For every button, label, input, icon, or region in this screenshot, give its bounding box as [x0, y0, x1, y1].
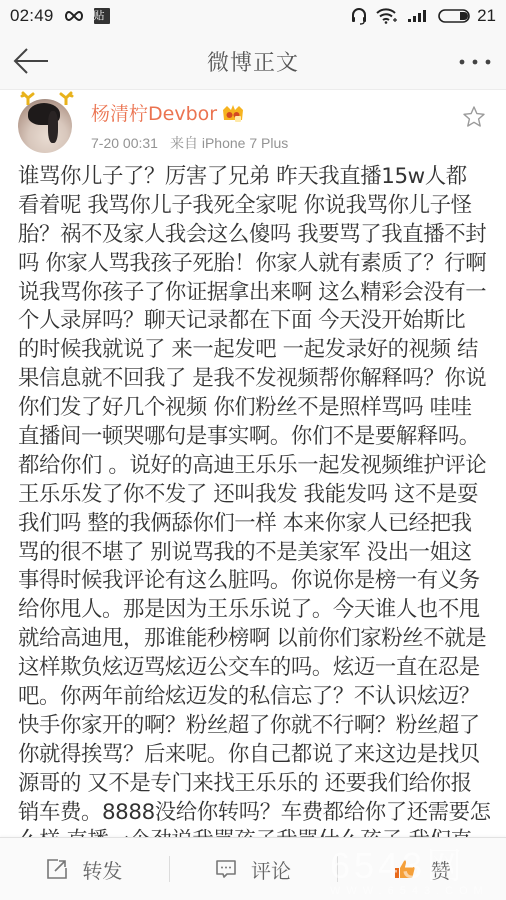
post-content: 谁骂你儿子了？厉害了兄弟 昨天我直播15w人都 看着呢 我骂你儿子我死全家呢 你… — [18, 163, 498, 856]
crown-vip-icon — [221, 103, 245, 123]
battery-icon — [438, 8, 472, 24]
post-line: 果信息就不回我了 是我不发视频帮你解释吗？你说 — [18, 365, 498, 394]
post-line: 都给你们 。说好的高迪王乐乐一起发视频维护评论 — [18, 452, 498, 481]
more-button[interactable] — [458, 54, 492, 68]
post-line: 看着呢 我骂你儿子我死全家呢 你说我骂你儿子怪 — [18, 192, 498, 221]
status-right: 21 — [351, 6, 496, 26]
post-line: 这样欺负炫迈骂炫迈公交车的吗。炫迈一直在忍是 — [18, 654, 498, 683]
wifi-icon — [376, 8, 398, 24]
status-left: 02:49 贴 — [10, 6, 110, 26]
post-line: 事得时候我评论有这么脏吗。你说你是榜一有义务 — [18, 567, 498, 596]
post-line: 王乐乐发了你不发了 还叫我发 我能发吗 这不是耍 — [18, 481, 498, 510]
post-line: 吧。你两年前给炫迈发的私信忘了？不认识炫迈？ — [18, 683, 498, 712]
star-outline-icon — [462, 105, 486, 129]
battery-level: 21 — [477, 6, 496, 26]
thumbs-up-icon — [393, 858, 417, 880]
post-line: 胎？祸不及家人我会这么傻吗 我要骂了我直播不封 — [18, 221, 498, 250]
bottom-action-bar: 转发 评论 赞 — [0, 837, 506, 900]
post-line: 给你甩人。那是因为王乐乐说了。今天谁人也不甩 — [18, 596, 498, 625]
comment-label: 评论 — [251, 855, 291, 884]
infinity-icon — [63, 10, 85, 22]
post-line: 谁骂你儿子了？厉害了兄弟 昨天我直播15w人都 — [18, 163, 498, 192]
comment-button[interactable]: 评论 — [169, 838, 338, 900]
repost-label: 转发 — [82, 855, 122, 884]
favorite-button[interactable] — [462, 105, 486, 129]
headset-icon — [351, 7, 367, 25]
page-title: 微博正文 — [0, 46, 506, 77]
post-line: 你就得挨骂？后来呢。你自己都说了来这边是找贝 — [18, 741, 498, 770]
avatar[interactable] — [16, 93, 74, 151]
post-line: 说我骂你孩子了你证据拿出来啊 这么精彩会没有一 — [18, 279, 498, 308]
post-line: 源哥的 又不是专门来找王乐乐的 还要我们给你报 — [18, 770, 498, 799]
like-button[interactable]: 赞 — [337, 838, 506, 900]
comment-icon — [215, 858, 237, 880]
status-bar: 02:49 贴 21 — [0, 0, 506, 32]
antler-decoration-icon — [58, 91, 74, 105]
nav-bar: 微博正文 — [0, 32, 506, 90]
repost-button[interactable]: 转发 — [0, 838, 169, 900]
more-dots-icon — [458, 55, 492, 69]
post-line: 快手你家开的啊？粉丝超了你就不行啊？粉丝超了 — [18, 712, 498, 741]
author-name-row: 杨清柠Devbor — [91, 99, 245, 126]
repost-icon — [46, 858, 68, 880]
like-label: 赞 — [431, 855, 451, 884]
post-line: 你们发了好几个视频 你们粉丝不是照样骂吗 哇哇 — [18, 394, 498, 423]
status-time: 02:49 — [10, 6, 54, 26]
post-source: 来自 iPhone 7 Plus — [170, 135, 288, 151]
post-line: 直播间一顿哭哪句是事实啊。你们不是要解释吗。 — [18, 423, 498, 452]
avatar-hair-strand — [48, 111, 58, 143]
avatar-image — [18, 99, 72, 153]
author-name[interactable]: 杨清柠Devbor — [91, 99, 217, 126]
post-line: 销车费。8888没给你转吗？车费都给你了还需要怎 — [18, 799, 498, 828]
signal-icon — [407, 9, 429, 23]
author-header: 杨清柠Devbor 7-20 00:31来自 iPhone 7 Plus — [0, 91, 506, 157]
post-line: 的时候我就说了 来一起发吧 一起发录好的视频 结 — [18, 336, 498, 365]
post-line: 骂的很不堪了 别说骂我的不是美家军 没出一姐这 — [18, 539, 498, 568]
post-line: 就给高迪甩，那谁能秒榜啊 以前你们家粉丝不就是 — [18, 625, 498, 654]
antler-decoration-icon — [20, 91, 36, 105]
post-line: 我们吗 整的我俩舔你们一样 本来你家人已经把我 — [18, 510, 498, 539]
post-line: 个人录屏吗？聊天记录都在下面 今天没开始斯比 — [18, 307, 498, 336]
tieba-icon: 贴 — [94, 8, 110, 24]
post-line: 吗 你家人骂我孩子死胎！你家人就有素质了？行啊 — [18, 250, 498, 279]
post-meta: 7-20 00:31来自 iPhone 7 Plus — [91, 133, 288, 153]
post-timestamp: 7-20 00:31 — [91, 135, 158, 151]
